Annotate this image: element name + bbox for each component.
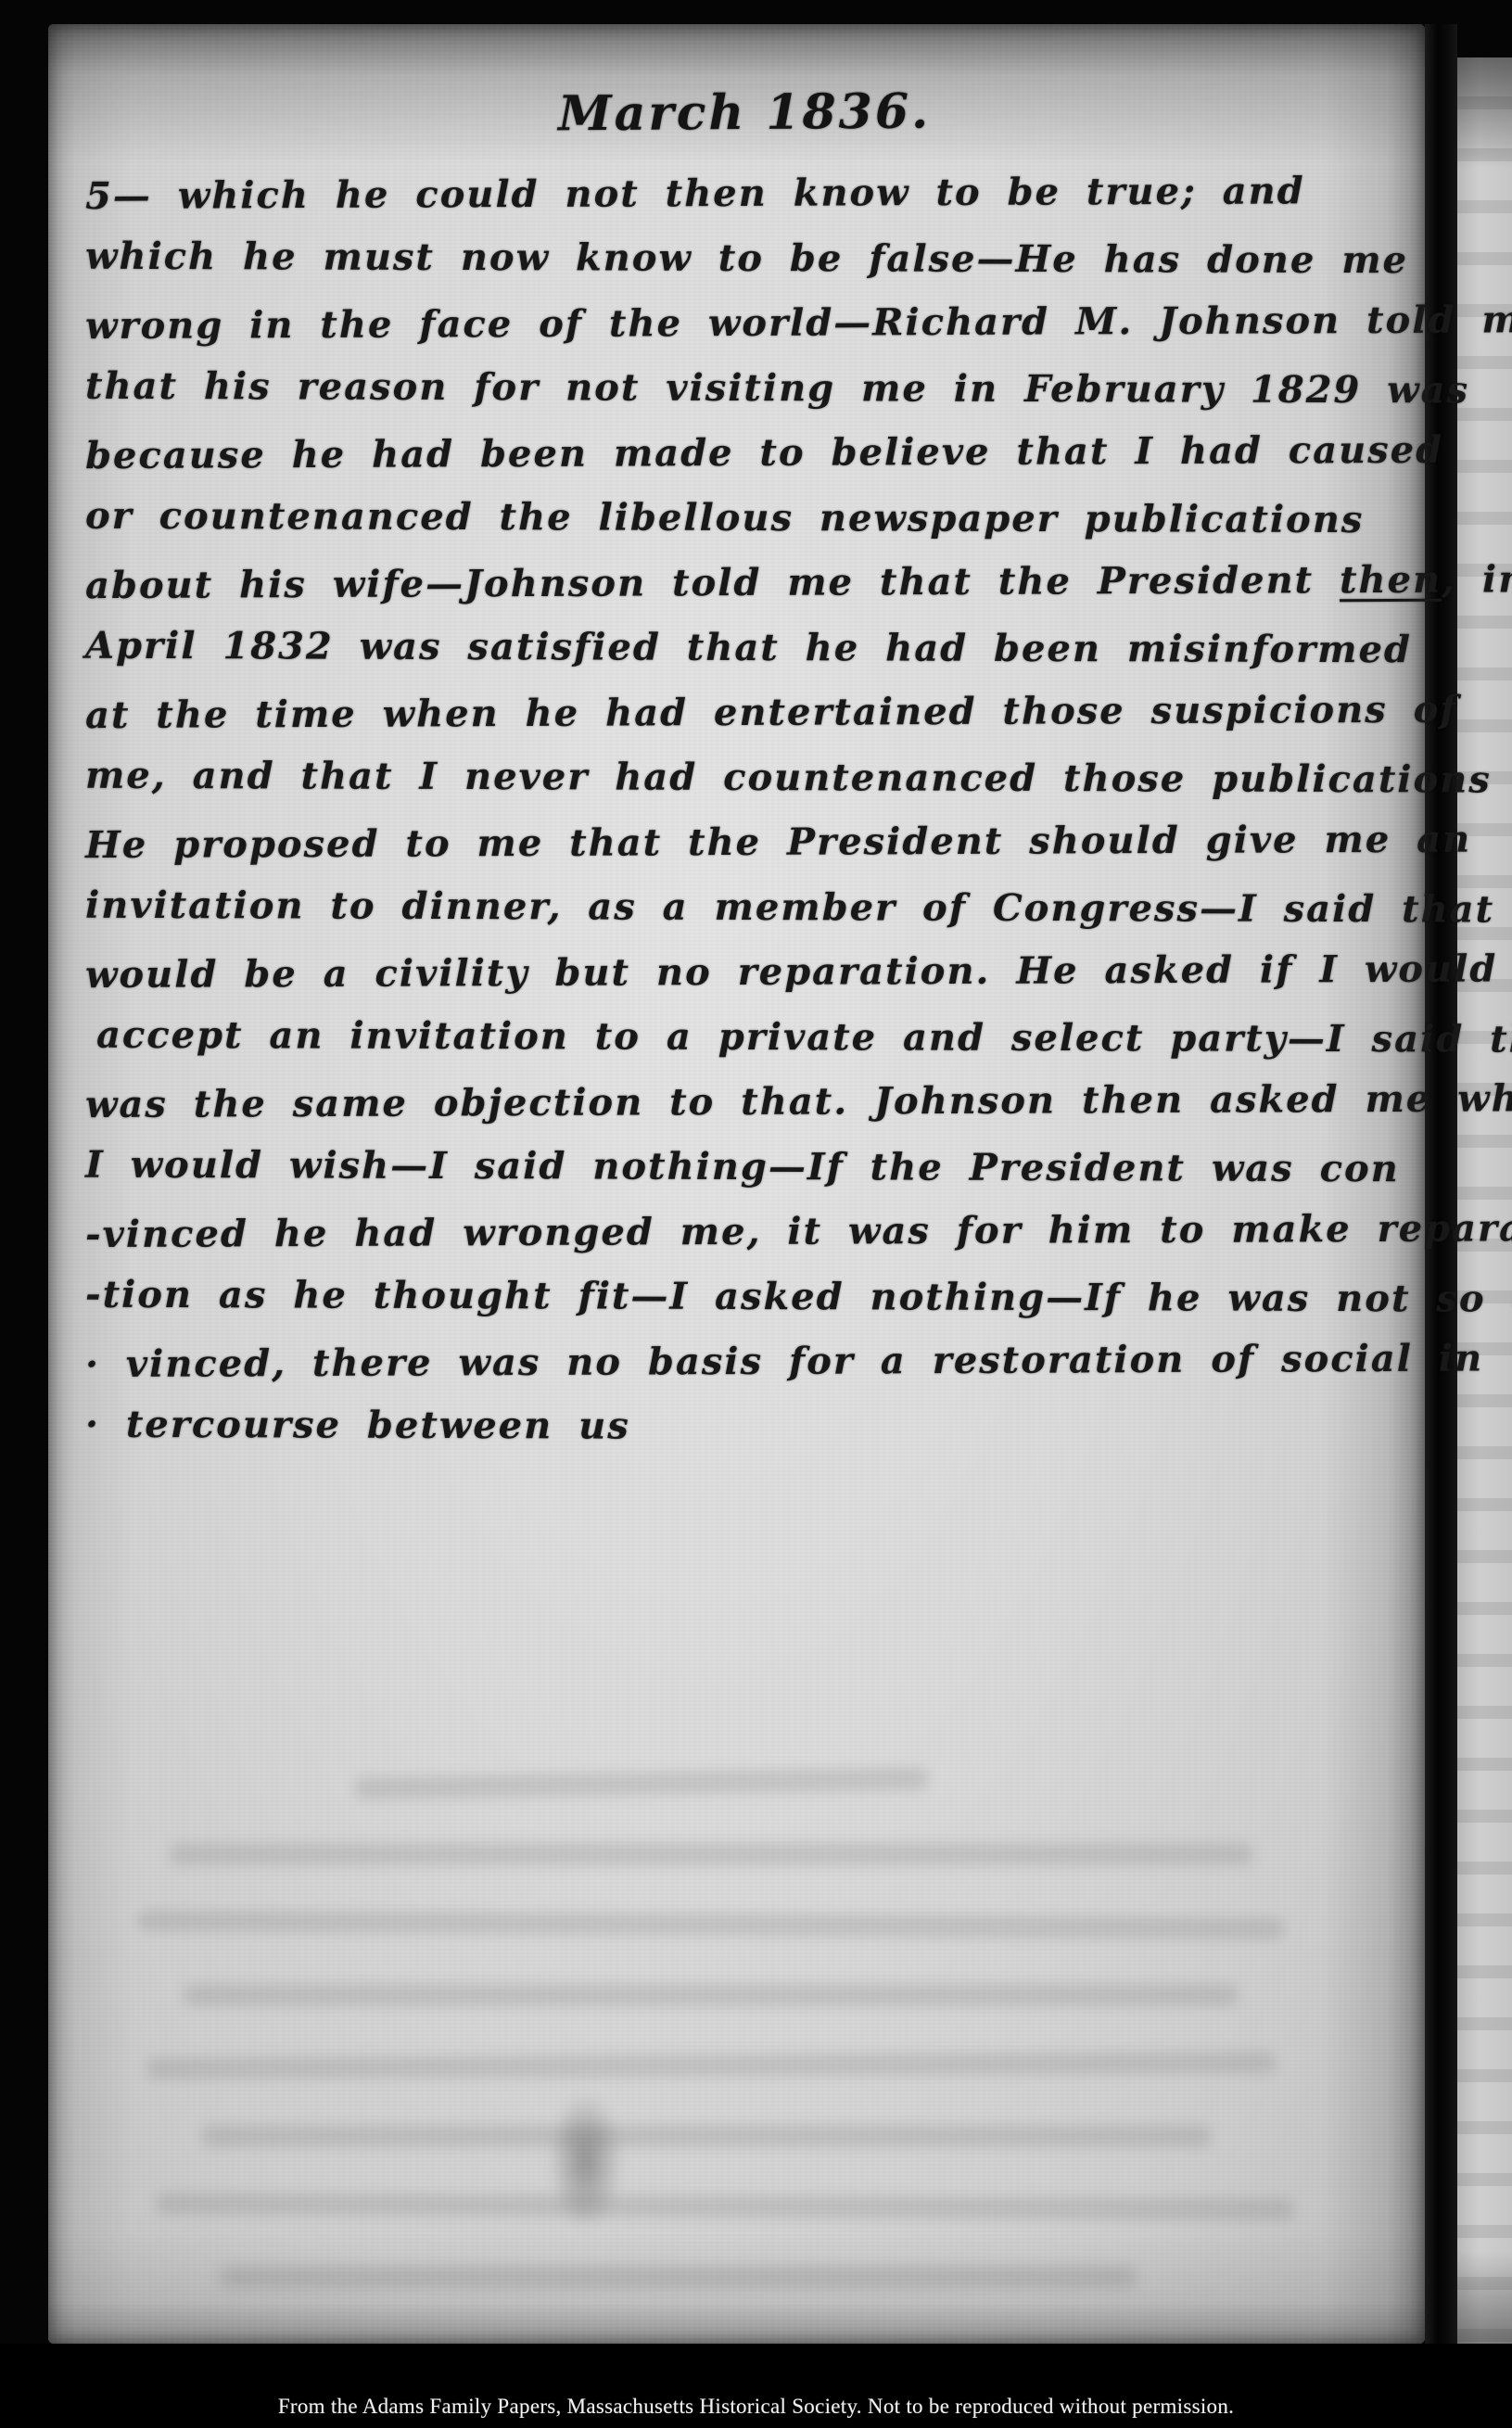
manuscript-line: me, and that I never had countenanced th… — [85, 744, 1399, 812]
bleed-through-ink — [183, 1984, 1239, 2006]
manuscript-text: 5— which he could not then know to be tr… — [85, 161, 1399, 1459]
manuscript-line: -vinced he had wronged me, it was for hi… — [85, 1197, 1399, 1267]
manuscript-line: · tercourse between us — [85, 1392, 1399, 1461]
manuscript-line: 5— which he could not then know to be tr… — [85, 159, 1399, 229]
caption-text: From the Adams Family Papers, Massachuse… — [278, 2395, 1234, 2419]
manuscript-line: I would wish—I said nothing—If the Presi… — [85, 1133, 1399, 1201]
manuscript-line: about his wife—Johnson told me that the … — [85, 548, 1399, 618]
scanned-manuscript-image: March 1836. 5— which he could not then k… — [0, 0, 1512, 2428]
bleed-through-ink — [220, 2266, 1137, 2288]
manuscript-line: or countenanced the libellous newspaper … — [85, 484, 1399, 553]
ink-smudge — [549, 2091, 623, 2231]
manuscript-line: invitation to dinner, as a member of Con… — [85, 873, 1399, 942]
manuscript-line: April 1832 was satisfied that he had bee… — [85, 614, 1399, 682]
manuscript-page: March 1836. 5— which he could not then k… — [48, 24, 1425, 2344]
bleed-through-ink — [155, 2193, 1295, 2220]
manuscript-line: · vinced, there was no basis for a resto… — [85, 1327, 1399, 1397]
manuscript-line: at the time when he had entertained thos… — [85, 678, 1399, 748]
manuscript-line: -tion as he thought fit—I asked nothing—… — [85, 1263, 1399, 1331]
manuscript-line: which he must now know to be false—He ha… — [85, 224, 1399, 293]
bleed-through-ink — [136, 1910, 1286, 1940]
bleed-through-ink — [146, 2052, 1277, 2079]
manuscript-line: wrong in the face of the world—Richard M… — [85, 288, 1399, 359]
bleed-through-ink — [169, 1843, 1253, 1865]
manuscript-line: accept an invitation to a private and se… — [96, 1003, 1399, 1072]
manuscript-line: would be a civility but no reparation. H… — [85, 937, 1399, 1008]
caption-band: From the Adams Family Papers, Massachuse… — [0, 2344, 1512, 2428]
manuscript-line: He proposed to me that the President sho… — [85, 807, 1399, 878]
date-heading: March 1836. — [85, 66, 1400, 160]
manuscript-line: that his reason for not visiting me in F… — [85, 354, 1399, 423]
bleed-through-ink — [354, 1768, 929, 1800]
bleed-through-ink — [201, 2125, 1212, 2147]
manuscript-page-content: March 1836. 5— which he could not then k… — [48, 24, 1425, 1459]
manuscript-line: was the same objection to that. Johnson … — [85, 1067, 1399, 1138]
manuscript-line: because he had been made to believe that… — [85, 418, 1399, 489]
